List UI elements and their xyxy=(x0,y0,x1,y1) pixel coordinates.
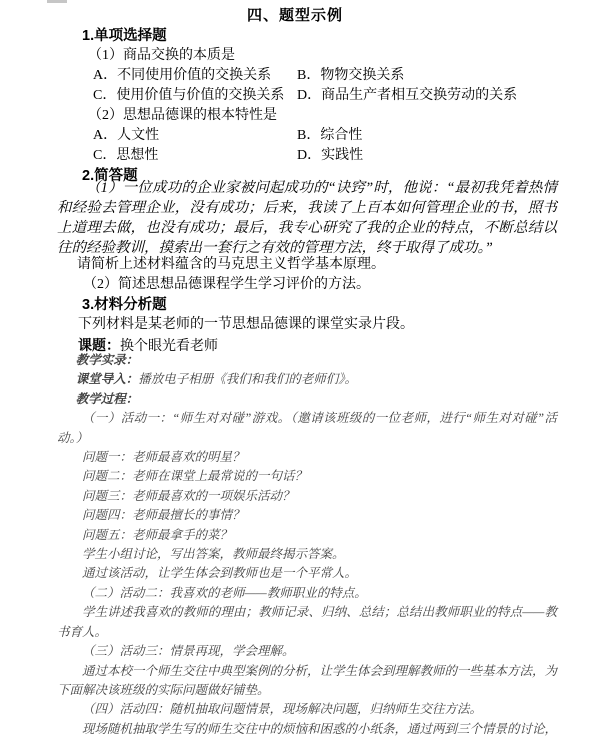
mcq-q2-options-row-1: A．人文性 B．综合性 xyxy=(0,126,590,146)
lead-in-line: 课堂导入：播放电子相册《我们和我们的老师们》。 xyxy=(57,370,557,389)
mcq-q1-option-a: A．不同使用价值的交换关系 xyxy=(93,68,271,83)
lead-in-label: 课堂导入： xyxy=(76,372,139,386)
material-intro: 下列材料是某老师的一节思想品德课的课堂实录片段。 xyxy=(0,315,590,335)
page-edge-artifact xyxy=(47,0,67,3)
record-paragraph: 问题四：老师最擅长的事情？ xyxy=(57,506,557,525)
mcq-q2-option-d: D．实践性 xyxy=(297,146,363,166)
mcq-q1-option-b: B．物物交换关系 xyxy=(297,66,404,86)
short-answer-q2: （2）简述思想品德课程学生学习评价的方法。 xyxy=(0,275,590,295)
short-answer-material: （1）一位成功的企业家被问起成功的“诀窍”时，他说：“最初我凭着热情和经验去管理… xyxy=(57,178,557,258)
record-paragraph: 现场随机抽取学生写的师生交往中的烦恼和困惑的小纸条，通过两到三个情景的讨论， xyxy=(57,720,557,739)
record-paragraph: 通过该活动，让学生体会到教师也是一个平常人。 xyxy=(57,564,557,583)
mcq-q2-option-b: B．综合性 xyxy=(297,126,362,146)
record-paragraph: 问题二：老师在课堂上最常说的一句话？ xyxy=(57,467,557,486)
mcq-q2-options-row-2: C．思想性 D．实践性 xyxy=(0,146,590,166)
mcq-q2-stem: （2）思想品德课的根本特性是 xyxy=(0,106,590,126)
mcq-q2-option-a: A．人文性 xyxy=(93,128,159,143)
record-paragraph: （三）活动三：情景再现，学会理解。 xyxy=(57,642,557,661)
lead-in-text: 播放电子相册《我们和我们的老师们》。 xyxy=(138,372,357,386)
record-paragraph: 学生小组讨论，写出答案，教师最终揭示答案。 xyxy=(57,545,557,564)
material-heading: 3.材料分析题 xyxy=(0,295,590,315)
record-paragraph: （二）活动二：我喜欢的老师——教师职业的特点。 xyxy=(57,584,557,603)
teaching-record-label: 教学实录： xyxy=(57,351,557,370)
record-paragraph: 问题五：老师最拿手的菜？ xyxy=(57,526,557,545)
record-paragraph: （一）活动一：“师生对对碰”游戏。（邀请该班级的一位老师，进行“师生对对碰”活动… xyxy=(57,409,557,448)
mcq-q1-options-row-1: A．不同使用价值的交换关系 B．物物交换关系 xyxy=(0,66,590,86)
teaching-record: 教学实录： 课堂导入：播放电子相册《我们和我们的老师们》。 教学过程： （一）活… xyxy=(57,351,557,739)
teaching-process-label: 教学过程： xyxy=(57,390,557,409)
document-title: 四、题型示例 xyxy=(0,6,590,26)
mcq-q1-options-row-2: C．使用价值与价值的交换关系 D．商品生产者相互交换劳动的关系 xyxy=(0,86,590,106)
section-mcq: 四、题型示例 1.单项选择题 （1）商品交换的本质是 A．不同使用价值的交换关系… xyxy=(0,6,590,186)
record-paragraph: （四）活动四：随机抽取问题情景，现场解决问题，归纳师生交往方法。 xyxy=(57,700,557,719)
short-answer-q1-task: 请简析上述材料蕴含的马克思主义哲学基本原理。 xyxy=(0,255,590,275)
mcq-q1-option-d: D．商品生产者相互交换劳动的关系 xyxy=(297,86,517,106)
mcq-q1-option-c: C．使用价值与价值的交换关系 xyxy=(93,88,284,103)
document-page: 四、题型示例 1.单项选择题 （1）商品交换的本质是 A．不同使用价值的交换关系… xyxy=(0,0,590,743)
mcq-q1-stem: （1）商品交换的本质是 xyxy=(0,46,590,66)
short-answer-q1-material: （1）一位成功的企业家被问起成功的“诀窍”时，他说：“最初我凭着热情和经验去管理… xyxy=(57,178,557,258)
record-paragraph: 问题三：老师最喜欢的一项娱乐活动？ xyxy=(57,487,557,506)
section-mid: 请简析上述材料蕴含的马克思主义哲学基本原理。 （2）简述思想品德课程学生学习评价… xyxy=(0,255,590,355)
mcq-heading: 1.单项选择题 xyxy=(0,26,590,46)
record-paragraph: 问题一：老师最喜欢的明星？ xyxy=(57,448,557,467)
record-paragraph: 通过本校一个师生交往中典型案例的分析，让学生体会到理解教师的一些基本方法，为下面… xyxy=(57,662,557,701)
record-paragraph: 学生讲述我喜欢的教师的理由；教师记录、归纳、总结；总结出教师职业的特点——教书育… xyxy=(57,603,557,642)
mcq-q2-option-c: C．思想性 xyxy=(93,148,158,163)
